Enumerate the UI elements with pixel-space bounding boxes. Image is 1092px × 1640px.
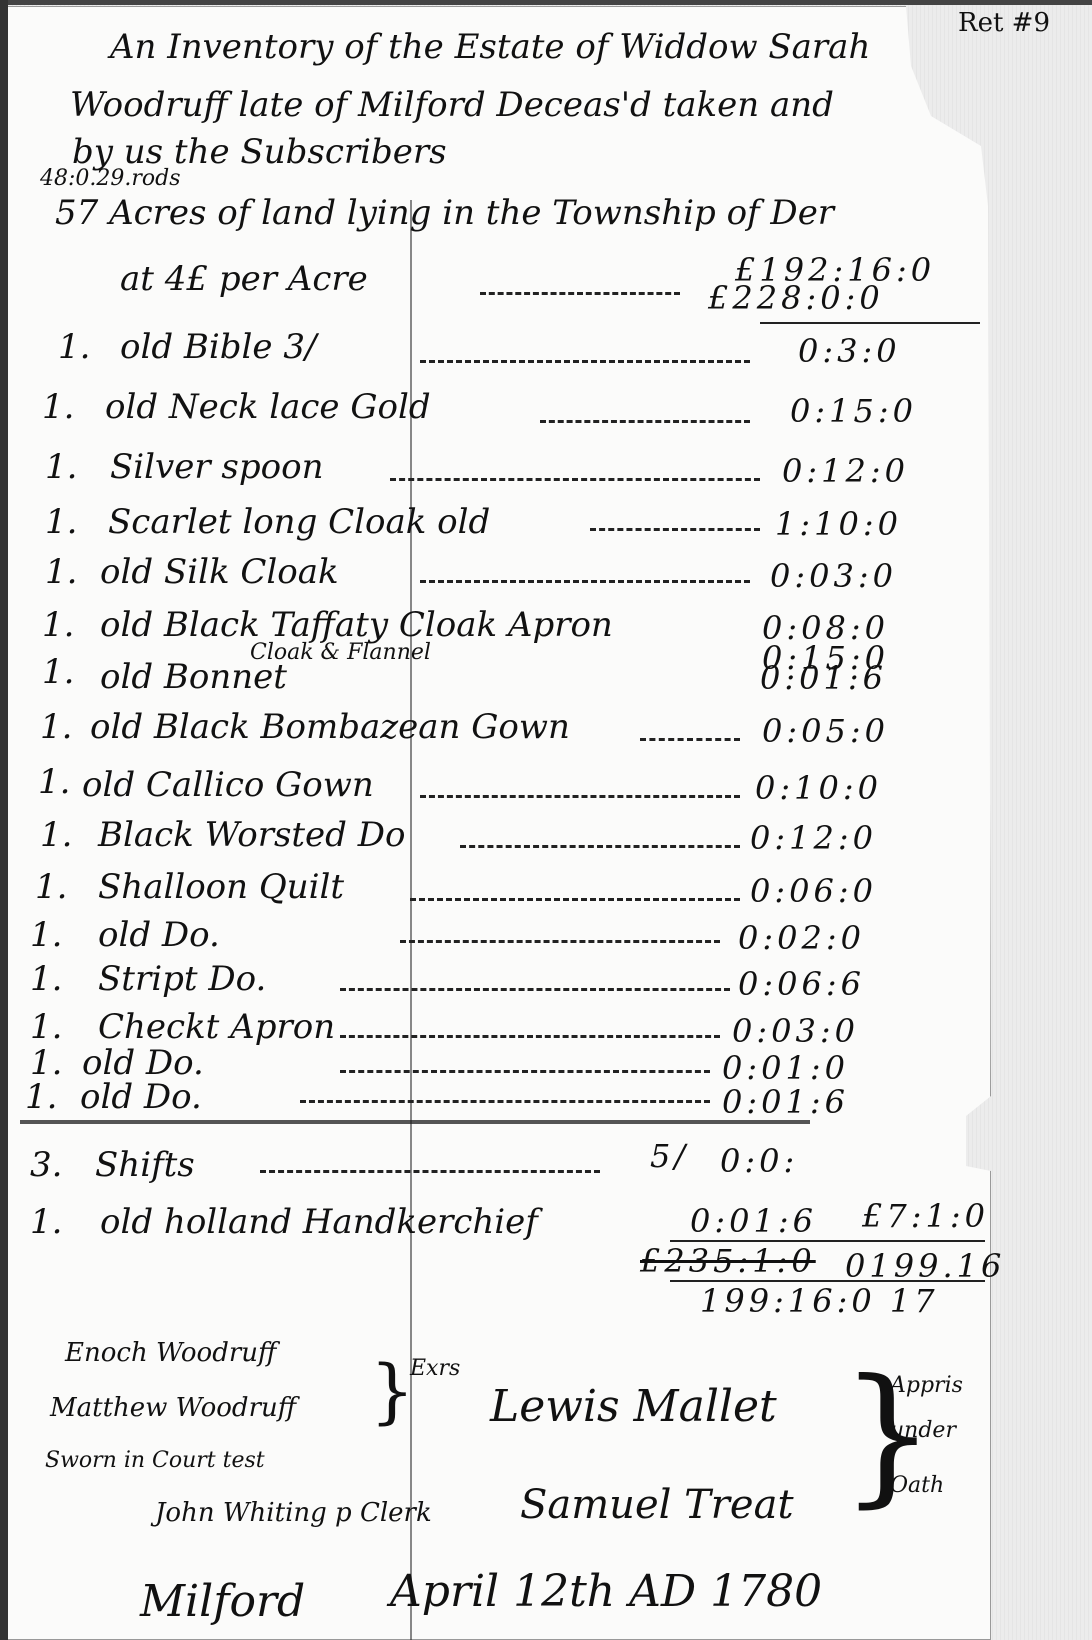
item-value: 1:10:0 [775, 508, 902, 540]
leader-line [420, 795, 740, 798]
leader-line [640, 738, 740, 741]
heading-line-1: An Inventory of the Estate of Widdow Sar… [110, 30, 870, 64]
signature-enoch-woodruff: Enoch Woodruff [65, 1340, 276, 1366]
signature-matthew-woodruff: Matthew Woodruff [50, 1395, 296, 1421]
leader-line [390, 478, 760, 481]
item-desc: Checkt Apron [98, 1010, 335, 1044]
item-qty: 1. [25, 1080, 57, 1114]
leader-line [260, 1170, 600, 1173]
leader-line [400, 940, 720, 943]
item-value: 0:05:0 [762, 715, 889, 747]
reference-mark: Ret #9 [958, 10, 1050, 36]
executors-label: Exrs [410, 1358, 460, 1380]
item-desc: old Callico Gown [82, 768, 374, 802]
footer-place: Milford [140, 1580, 305, 1624]
item-desc: old Bible 3/ [120, 330, 316, 364]
leader-line [340, 1035, 720, 1038]
leader-line [410, 898, 740, 901]
item-desc: old Neck lace Gold [105, 390, 431, 424]
item-desc: Shifts [95, 1148, 195, 1182]
item-value: 0:06:6 [738, 968, 865, 1000]
item-subtotal: £7:1:0 [862, 1200, 989, 1232]
item-desc: old holland Handkerchief [100, 1205, 538, 1239]
signature-samuel-treat: Samuel Treat [520, 1485, 794, 1525]
item-value: 0:10:0 [755, 772, 882, 804]
leader-line [590, 528, 760, 531]
final-total: 199:16:0 17 [700, 1285, 939, 1317]
clerk-signature: John Whiting p Clerk [155, 1500, 432, 1526]
item-unit-price: 5/ [650, 1140, 689, 1172]
item-desc: old Do. [98, 918, 220, 952]
item-qty: 1. [40, 818, 72, 852]
heading-line-2: Woodruff late of Milford Deceas'd taken … [70, 88, 834, 122]
leader-line [340, 988, 730, 991]
land-underline [760, 322, 980, 324]
item-qty: 1. [42, 390, 74, 424]
signature-lewis-mallet: Lewis Mallet [490, 1385, 777, 1429]
item-qty: 1. [38, 765, 70, 799]
item-qty: 1. [45, 505, 77, 539]
brace-icon: } [370, 1350, 415, 1432]
item-value: 0:15:0 [790, 395, 917, 427]
item-value: 0:0: [720, 1145, 798, 1177]
item-value: 0:01:0 [722, 1052, 849, 1084]
land-entry-line-1: 57 Acres of land lying in the Township o… [55, 196, 834, 230]
page-top-edge [0, 0, 1092, 5]
footer-date: April 12th AD 1780 [390, 1570, 822, 1614]
item-value: 0:12:0 [750, 822, 877, 854]
item-value: 0:03:0 [770, 560, 897, 592]
item-qty: 1. [30, 1046, 62, 1080]
leader-line [420, 360, 750, 363]
item-desc: Black Worsted Do [98, 818, 405, 852]
item-desc: Shalloon Quilt [98, 870, 344, 904]
land-value-struck: £228:0:0 [708, 282, 884, 314]
item-desc: old Do. [82, 1046, 204, 1080]
item-value: 0:01:6 [690, 1205, 817, 1237]
leader-line [300, 1100, 710, 1103]
item-qty: 1. [42, 608, 74, 642]
sworn-note: Sworn in Court test [45, 1450, 265, 1472]
heading-line-3: by us the Subscribers [72, 135, 447, 169]
struck-total: £235:1:0 [640, 1245, 816, 1277]
leader-line [460, 845, 740, 848]
appraiser-note-3: Oath [890, 1475, 944, 1497]
item-qty: 1. [30, 1205, 62, 1239]
item-value: 0:3:0 [798, 335, 901, 367]
item-desc: Scarlet long Cloak old [108, 505, 490, 539]
item-qty: 1. [30, 918, 62, 952]
item-desc: old Black Taffaty Cloak Apron [100, 608, 613, 642]
page-left-edge [0, 0, 8, 1640]
leader-line [340, 1070, 710, 1073]
item-value: 0:12:0 [782, 455, 909, 487]
item-value: 0:01:6 [760, 662, 887, 694]
corrected-total: 0199.16 [845, 1250, 1005, 1282]
item-desc: Silver spoon [110, 450, 323, 484]
land-entry-line-2: at 4£ per Acre [120, 262, 368, 296]
item-desc: old Black Bombazean Gown [90, 710, 570, 744]
item-qty: 1. [42, 655, 74, 689]
item-qty: 1. [45, 555, 77, 589]
item-qty: 1. [40, 710, 72, 744]
item-qty: 1. [58, 330, 90, 364]
item-qty: 3. [30, 1148, 62, 1182]
item-qty: 1. [30, 1010, 62, 1044]
item-value: 0:06:0 [750, 875, 877, 907]
item-desc: old Silk Cloak [100, 555, 339, 589]
leader-line [480, 292, 680, 295]
item-qty: 1. [35, 870, 67, 904]
leader-line [540, 420, 750, 423]
fold-line-horizontal [20, 1120, 810, 1124]
item-qty: 1. [30, 962, 62, 996]
item-value: 0:01:6 [722, 1086, 849, 1118]
appraiser-note-1: Appris [890, 1375, 963, 1397]
item-desc: old Do. [80, 1080, 202, 1114]
appraiser-note-2: under [890, 1420, 956, 1442]
item-desc: old Bonnet [100, 660, 287, 694]
item-value: 0:02:0 [738, 922, 865, 954]
land-note: 48:0.29.rods [40, 168, 181, 190]
item-qty: 1. [45, 450, 77, 484]
item-value: 0:03:0 [732, 1015, 859, 1047]
leader-line [420, 580, 750, 583]
item-desc: Stript Do. [98, 962, 266, 996]
